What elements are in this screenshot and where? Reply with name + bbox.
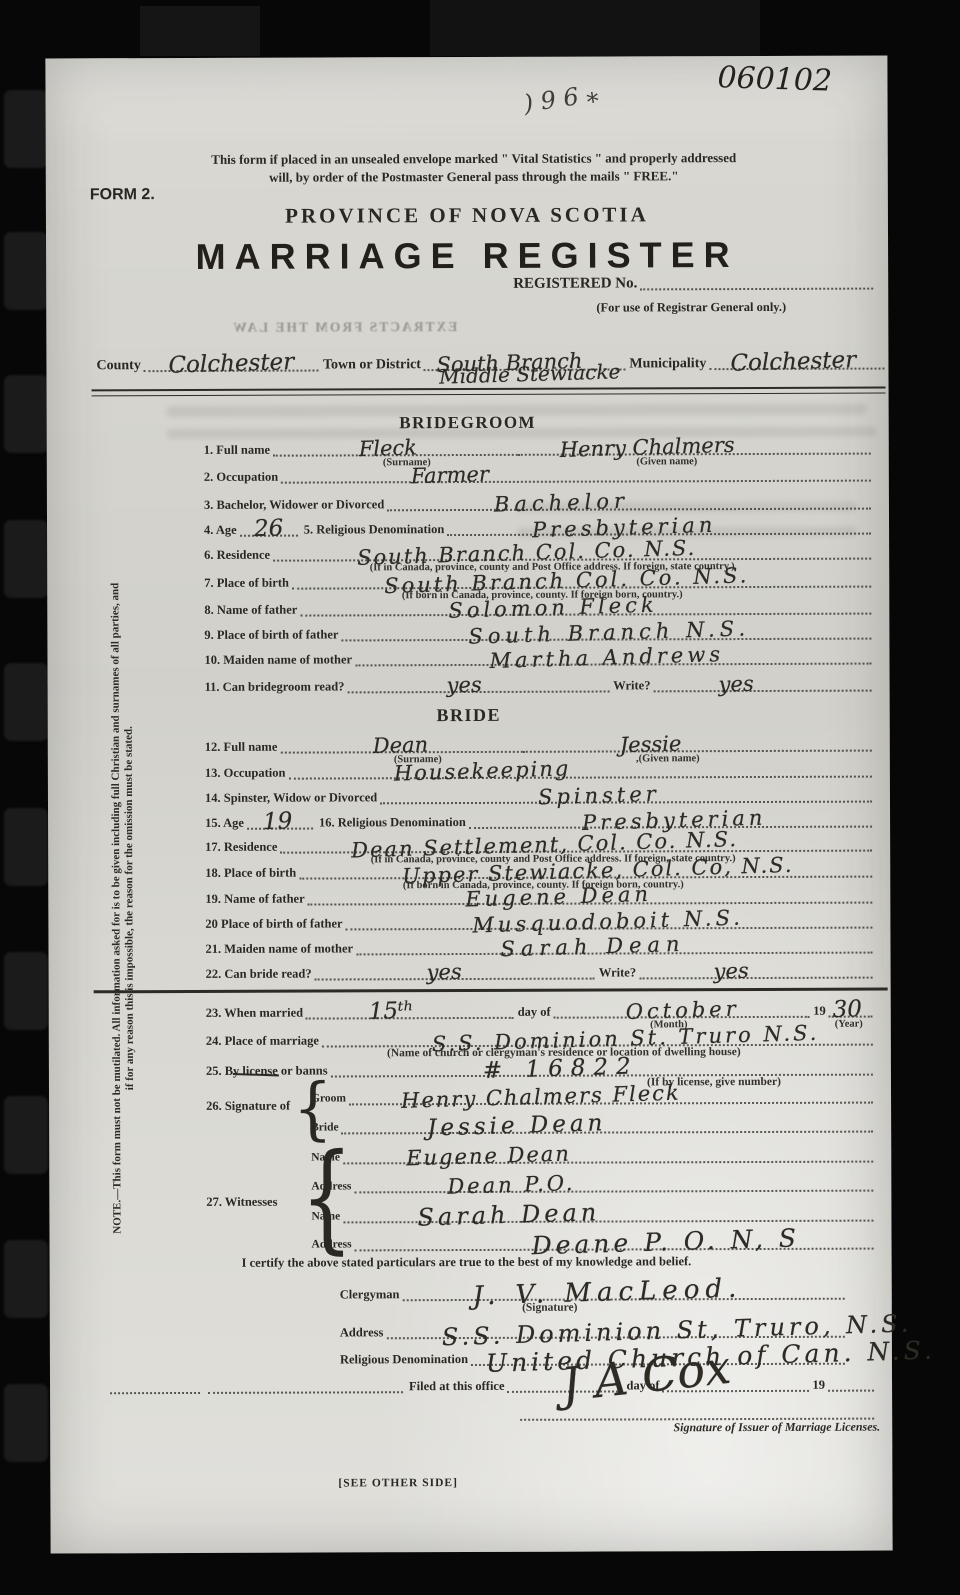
field-line: Spinster [380, 777, 872, 805]
film-sprocket-block [4, 808, 48, 886]
pen-scribble: ) 9 6 ⁎ [522, 79, 600, 117]
field-groom-read-write: 11. Can bridegroom read? yes Write? yes [205, 668, 872, 694]
handwritten-value: yes [713, 960, 749, 983]
blank-line [110, 1368, 200, 1394]
scan-artifact-block [430, 0, 760, 56]
field-label: 15. Age [205, 817, 247, 830]
witnesses-label: 27. Witnesses [206, 1196, 280, 1209]
field-label: Address [312, 1238, 355, 1251]
field-label: 17. Residence [205, 841, 280, 854]
field-label: 19. Name of father [205, 893, 307, 906]
film-sprocket-block [4, 232, 48, 310]
field-line: Solomon Fleck [300, 589, 871, 617]
film-sprocket-block [4, 90, 48, 168]
field-label: 10. Maiden name of mother [204, 653, 355, 667]
field-label: Write? [609, 679, 653, 692]
field-label: 9. Place of birth of father [204, 628, 341, 641]
field-label: 7. Place of birth [204, 577, 292, 590]
field-label: 1. Full name [204, 444, 273, 457]
film-sprocket-block [4, 1096, 48, 1174]
field-line: 30 [829, 992, 873, 1018]
field-line: Henry Chalmers [518, 429, 871, 456]
field-groom-birthplace: 7. Place of birth South Branch Col. Co. … [204, 564, 871, 590]
film-sprocket-block [4, 1240, 48, 1318]
side-note: NOTE.—This form must not be mutilated. A… [109, 578, 137, 1238]
signature-of-label: 26. Signature of [206, 1100, 293, 1113]
field-witness-name-2: Name Sarah Dean [311, 1198, 873, 1224]
field-label: 4. Age [204, 524, 240, 537]
handwritten-value: Eugene Dean [406, 1142, 571, 1169]
field-line: J. V. MacLeod. [402, 1274, 844, 1302]
blank-line [828, 1366, 874, 1392]
field-label: Address [311, 1180, 354, 1193]
county-value: Colchester [168, 351, 294, 377]
issuer-signature-scrawl: J A Cox [560, 1356, 749, 1565]
field-filed-at-office: Filed at this office day of 19 [110, 1368, 874, 1395]
field-line: South Branch Col. Co. N.S. [292, 562, 871, 590]
field-label: 8. Name of father [204, 604, 300, 617]
handwritten-value: Dean P.O. [447, 1172, 576, 1198]
field-witness-address-1: Address Dean P.O. [311, 1168, 873, 1194]
province-title: PROVINCE OF NOVA SCOTIA [46, 202, 888, 230]
handwritten-doc-number: 060102 [717, 60, 833, 99]
field-label: Filed at this office [403, 1380, 508, 1393]
county-label: County [96, 359, 143, 372]
field-groom-occupation: 2. Occupation Farmer [204, 458, 871, 484]
municipality-value: Colchester [730, 349, 856, 375]
field-line: 26 [240, 511, 298, 537]
field-groom-residence: 6. Residence South Branch Col. Co. N.S. [204, 536, 871, 562]
field-line: 15ᵗʰ [306, 993, 514, 1020]
scanned-page: 060102 ) 9 6 ⁎ This form if placed in an… [0, 0, 960, 1595]
field-line: Dean P.O. [354, 1166, 873, 1194]
scan-artifact-block [140, 6, 260, 56]
see-other-side: [SEE OTHER SIDE] [338, 1477, 458, 1489]
handwritten-value: Jessie Dean [426, 1112, 606, 1139]
field-line: 19 [247, 804, 313, 830]
field-label: Religious Denomination [340, 1353, 471, 1366]
field-groom-signature: Groom Henry Chalmers Fleck [311, 1080, 873, 1106]
film-sprocket-block [4, 375, 48, 453]
mail-note-line1: This form if placed in an unsealed envel… [154, 150, 794, 168]
field-line: South Branch N.S. [341, 614, 871, 642]
film-sprocket-block [4, 952, 48, 1030]
field-clergyman: Clergyman J. V. MacLeod. [340, 1276, 845, 1302]
field-bride-residence: 17. Residence Dean Settlement, Col. Co. … [205, 828, 872, 854]
film-sprocket-block [4, 1384, 48, 1462]
field-place-of-marriage: 24. Place of marriage S.S. Dominion St. … [206, 1022, 873, 1048]
field-bride-read-write: 22. Can bride read? yes Write? yes [206, 955, 873, 981]
issuer-caption: Signature of Issuer of Marriage Licenses… [610, 1420, 880, 1436]
field-label: 11. Can bridegroom read? [205, 680, 348, 693]
field-label: 24. Place of marriage [206, 1035, 322, 1048]
field-bride-birthplace: 18. Place of birth Upper Stewiacke, Col.… [205, 854, 872, 880]
field-witness-address-2: Address Deane P. O. N, S [311, 1226, 873, 1252]
field-line: yes [639, 953, 873, 980]
field-line: Upper Stewiacke, Col. Co, N.S. [299, 852, 872, 880]
county-line: Colchester [144, 346, 319, 373]
field-line: Bachelor [387, 484, 871, 512]
field-label: 2. Occupation [204, 471, 281, 484]
film-sprocket-block [4, 663, 48, 741]
field-line: S.S. Dominion St, Truro, N.S. [386, 1312, 845, 1340]
field-line: Musquodoboit N.S. [345, 903, 872, 931]
field-groom-full-name: 1. Full name Fleck Henry Chalmers [204, 431, 871, 457]
mail-note-line2: will, by order of the Postmaster General… [154, 168, 794, 186]
registered-no-row: REGISTERED No. [513, 268, 873, 291]
field-groom-mother: 10. Maiden name of mother Martha Andrews [204, 641, 871, 667]
field-line: South Branch Col. Co. N.S. [273, 534, 871, 562]
field-label: Write? [595, 966, 639, 979]
town-label: Town or District [319, 358, 424, 371]
field-line: yes [653, 666, 871, 693]
field-line: Housekeeping [288, 752, 872, 780]
field-line: Eugene Dean [308, 878, 873, 906]
bride-heading: BRIDE [48, 704, 890, 728]
field-label: Groom [311, 1092, 349, 1105]
document-paper: 060102 ) 9 6 ⁎ This form if placed in an… [45, 56, 892, 1554]
handwritten-value: Deane P. O. N, S [531, 1227, 800, 1257]
field-label: 22. Can bride read? [206, 968, 315, 981]
field-label: day of [514, 1006, 554, 1019]
field-label: 20 Place of birth of father [205, 917, 345, 930]
field-witness-name-1: Name Eugene Dean [311, 1139, 873, 1165]
handwritten-value: Farmer [411, 463, 490, 487]
field-label: Name [311, 1210, 343, 1223]
registered-no-blank [640, 266, 873, 291]
handwritten-value: yes [719, 673, 755, 696]
field-line: Dean [280, 727, 522, 754]
field-clergyman-address: Address S.S. Dominion St, Truro, N.S. [340, 1314, 845, 1340]
registrar-note: (For use of Registrar General only.) [516, 300, 866, 316]
form-number-label: FORM 2. [90, 186, 155, 204]
field-line: Sarah Dean [356, 928, 873, 956]
field-line: Martha Andrews [355, 639, 872, 667]
handwritten-value: 15ᵗʰ [368, 1000, 414, 1023]
field-line: Presbyterian [447, 509, 871, 536]
handwritten-value: yes [426, 961, 462, 984]
field-label: 19 [809, 1379, 829, 1392]
field-label: 12. Full name [205, 741, 281, 754]
registered-no-label: REGISTERED No. [513, 277, 640, 290]
field-line: Farmer [281, 456, 871, 484]
field-line: Henry Chalmers Fleck [349, 1078, 873, 1106]
field-bride-full-name: 12. Full name Dean Jessie [205, 728, 872, 754]
field-line: Deane P. O. N, S [355, 1224, 874, 1252]
field-label: 23. When married [206, 1007, 306, 1020]
field-label: 18. Place of birth [205, 867, 299, 880]
field-line: October [554, 992, 810, 1019]
municipality-label: Municipality [625, 357, 709, 370]
field-line: Fleck [273, 430, 518, 457]
field-line: S.S. Dominion St. Truro N.S. [322, 1020, 873, 1048]
field-label: 6. Residence [204, 549, 273, 562]
certify-statement: I certify the above stated particulars a… [242, 1254, 692, 1271]
field-line: yes [347, 667, 609, 694]
double-rule [92, 387, 886, 397]
field-label: 19 [809, 1005, 829, 1018]
film-sprocket-block [4, 520, 48, 598]
blank-line [208, 1367, 403, 1394]
field-line: Dean Settlement, Col. Co. N.S. [280, 826, 872, 854]
municipality-line: Colchester [709, 344, 884, 371]
field-when-married: 23. When married 15ᵗʰ day of October 19 … [206, 994, 873, 1020]
field-line: yes [315, 954, 595, 981]
field-line: # 16822 [331, 1050, 873, 1078]
field-label: Address [340, 1326, 387, 1339]
field-line: Jessie Dean [342, 1107, 874, 1135]
field-bride-signature: Bride Jessie Dean [311, 1109, 873, 1135]
bleed-through-text: EXTRACTS FROM THE LAW [231, 319, 457, 336]
field-line: Eugene Dean [343, 1137, 873, 1165]
field-label: Name [311, 1151, 343, 1164]
field-label: 13. Occupation [205, 767, 289, 780]
field-line: Jessie [522, 726, 872, 753]
handwritten-value: yes [447, 673, 483, 696]
field-label: Clergyman [340, 1288, 403, 1301]
field-line: Sarah Dean [343, 1196, 873, 1224]
